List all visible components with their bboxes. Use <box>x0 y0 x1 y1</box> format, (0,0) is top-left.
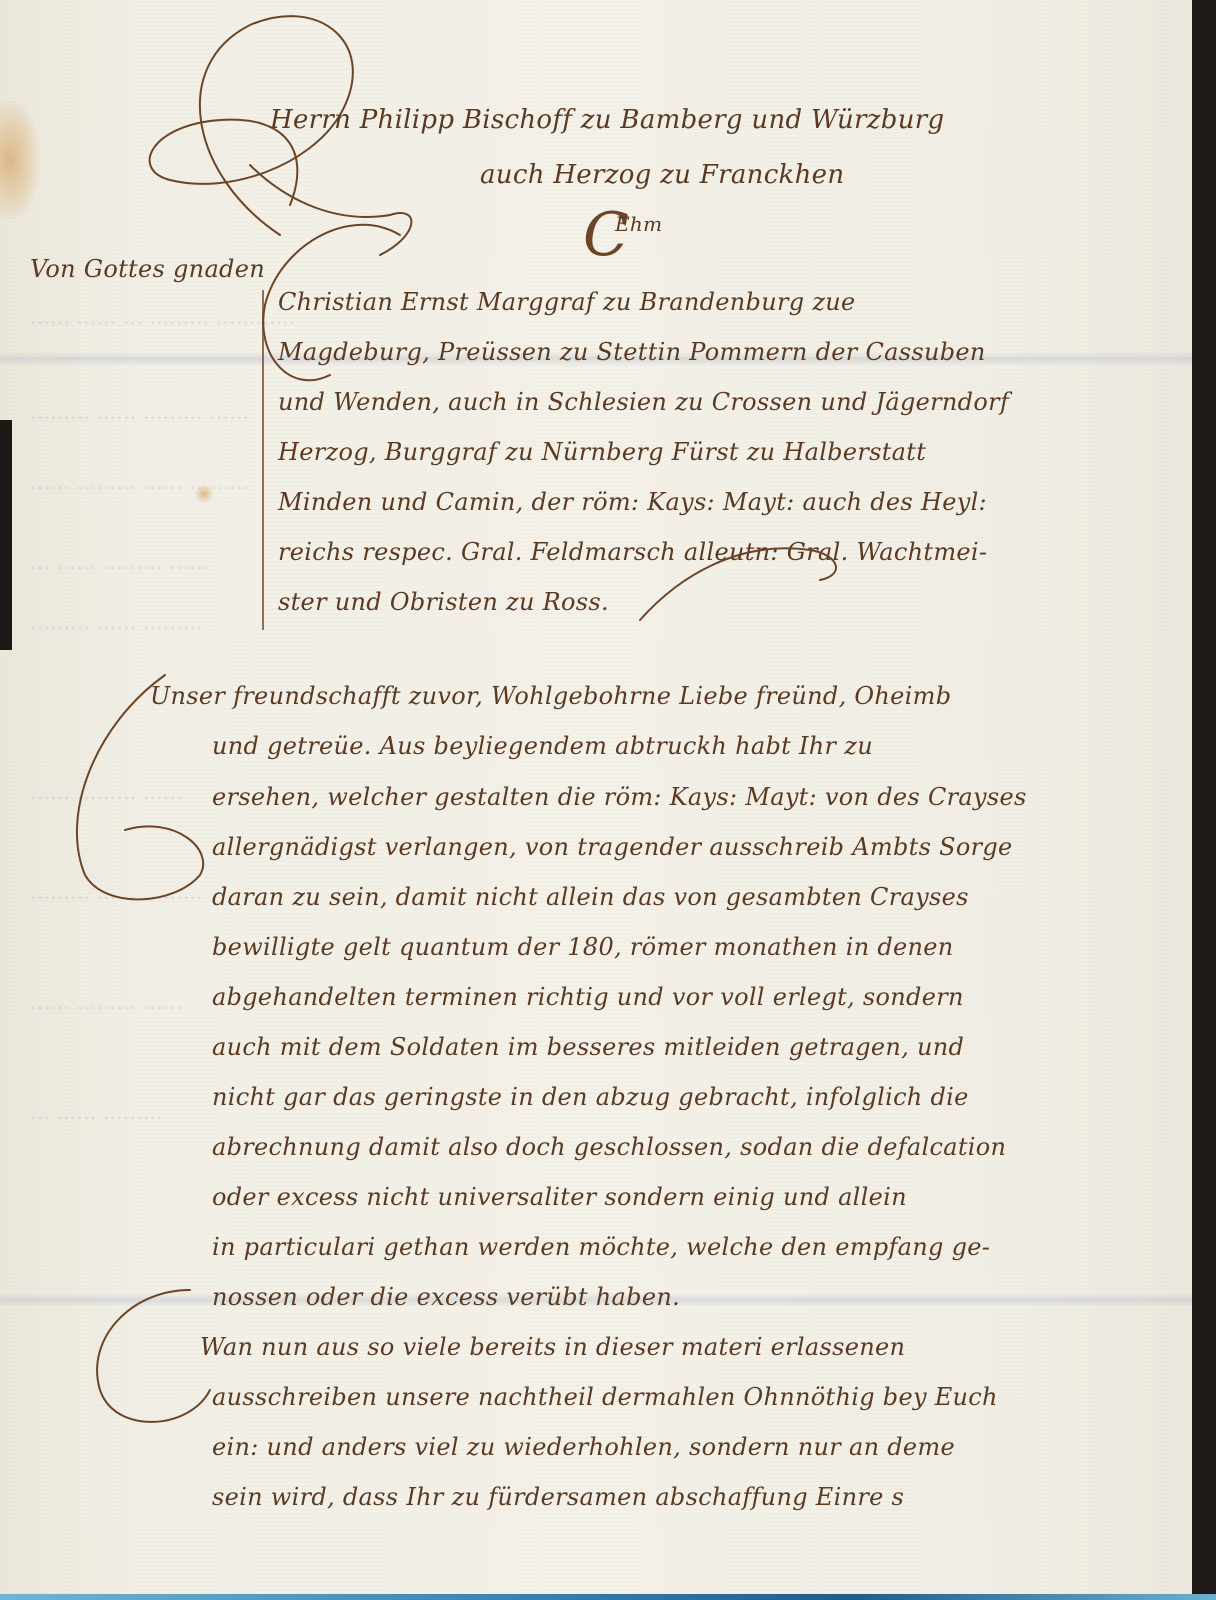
body-line: in particulari gethan werden möchte, wel… <box>212 1233 990 1261</box>
body-line: nicht gar das geringste in den abzug geb… <box>212 1083 969 1111</box>
body-line: ausschreiben unsere nachtheil dermahlen … <box>212 1383 998 1411</box>
body-line: bewilligte gelt quantum der 180, römer m… <box>212 933 954 961</box>
initial-h-flourish <box>130 5 430 275</box>
bleed-through-text: ……… …… ……… <box>30 610 203 634</box>
bleed-through-text: …… ……… …… <box>30 780 183 804</box>
water-stain <box>0 100 40 220</box>
scan-background-edge <box>1192 0 1216 1600</box>
margin-salutation: Von Gottes gnaden <box>30 255 265 283</box>
sender-line: reichs respec. Gral. Feldmarsch alleutn:… <box>278 538 987 566</box>
body-line: abrechnung damit also doch geschlossen, … <box>212 1133 1006 1161</box>
body-line: Wan nun aus so viele bereits in dieser m… <box>200 1333 905 1361</box>
body-line: allergnädigst verlangen, von tragender a… <box>212 833 1013 861</box>
bleed-through-text: ……… …… … <box>30 1100 163 1124</box>
body-line: sein wird, dass Ihr zu fürdersamen absch… <box>212 1483 904 1511</box>
body-line: oder excess nicht universaliter sondern … <box>212 1183 907 1211</box>
sender-line: ster und Obristen zu Ross. <box>278 588 609 616</box>
body-line: daran zu sein, damit nicht allein das vo… <box>212 883 969 911</box>
body-line: abgehandelten terminen richtig und vor v… <box>212 983 964 1011</box>
sender-line: Magdeburg, Preüssen zu Stettin Pommern d… <box>278 338 986 366</box>
body-line: und getreüe. Aus beyliegendem abtruckh h… <box>212 732 873 760</box>
sender-line: und Wenden, auch in Schlesien zu Crossen… <box>278 388 1009 416</box>
bracket-rule <box>262 290 264 630</box>
bleed-through-text: ………… ……… … …… …… <box>30 305 295 329</box>
scan-bottom-strip <box>0 1594 1216 1600</box>
bleed-through-text: …… ……… …… <box>30 990 183 1014</box>
address-line: Ehm <box>615 212 662 236</box>
manuscript-page: ………… ……… … …… …… …… ……… …… ……… ……… …… ……… <box>0 0 1192 1594</box>
address-line: auch Herzog zu Franckhen <box>480 160 844 190</box>
address-line: Herrn Philipp Bischoff zu Bamberg und Wü… <box>270 105 944 135</box>
bleed-through-text: ……… …… ……… <box>30 880 203 904</box>
bleed-through-text: …… ……… …… ……… <box>30 400 249 424</box>
bleed-through-text: …… ……… …… … <box>30 550 209 574</box>
bleed-through-text: ……… …… ……… …… <box>30 470 249 494</box>
body-line: nossen oder die excess verübt haben. <box>212 1283 680 1311</box>
sender-line: Minden und Camin, der röm: Kays: Mayt: a… <box>278 488 987 516</box>
body-line: auch mit dem Soldaten im besseres mitlei… <box>212 1033 964 1061</box>
body-line: Unser freundschafft zuvor, Wohlgebohrne … <box>150 682 951 710</box>
sender-line: Christian Ernst Marggraf zu Brandenburg … <box>278 288 856 316</box>
body-line: ein: und anders viel zu wiederhohlen, so… <box>212 1433 955 1461</box>
sender-line: Herzog, Burggraf zu Nürnberg Fürst zu Ha… <box>278 438 926 466</box>
scan-background-edge <box>0 420 12 650</box>
body-line: ersehen, welcher gestalten die röm: Kays… <box>212 783 1027 811</box>
